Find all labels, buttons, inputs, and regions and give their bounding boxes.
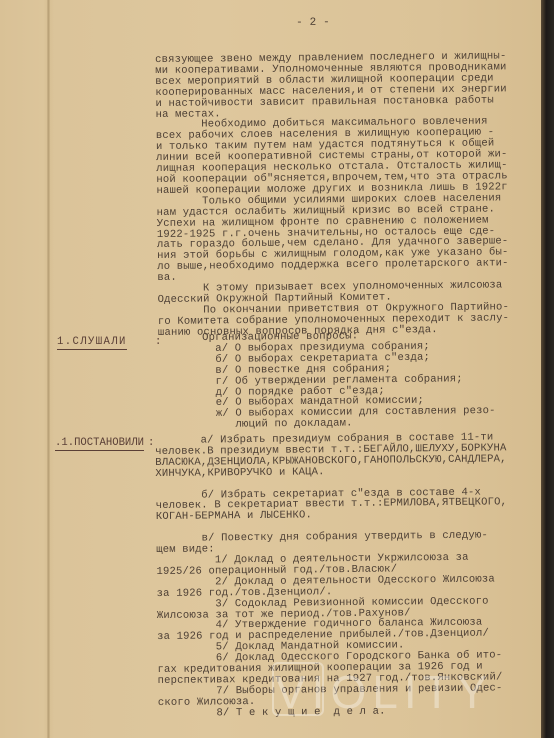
intro-text: связующее звено между правлением последн…	[155, 51, 509, 338]
slushali-colon: :	[155, 336, 161, 348]
postanovili-heading: .1.ПОСТАНОВИЛИ	[55, 437, 144, 451]
page-fold	[47, 0, 50, 738]
document-page: - 2 - связующее звено между правлением п…	[0, 0, 541, 738]
slushali-list: Организационные вопросы: а/ О выборах пр…	[202, 330, 496, 431]
slushali-heading: 1.СЛУШАЛИ	[57, 336, 127, 350]
page-number: - 2 -	[296, 18, 330, 29]
agenda-item: люций по докладам.	[203, 417, 496, 431]
binder-edge	[541, 0, 554, 738]
postanovili-colon: :	[148, 437, 154, 449]
watermark: VIOLITY	[275, 665, 493, 719]
